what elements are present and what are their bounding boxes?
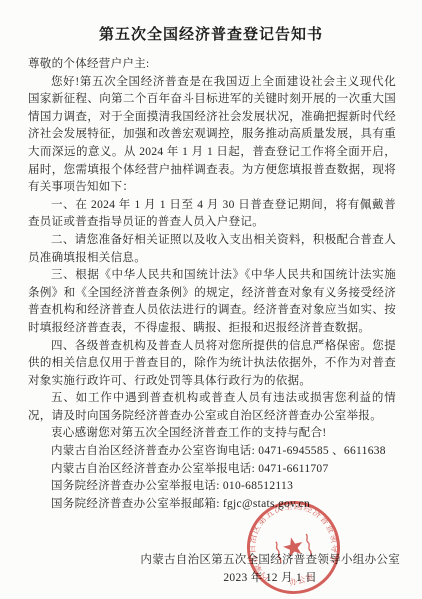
notice-title: 第五次全国经济普查登记告知书 bbox=[0, 0, 422, 44]
notice-body: 尊敬的个体经营户户主: 您好!第五次全国经济普查是在我国迈上全面建设社会主义现代… bbox=[28, 56, 396, 513]
contact-line-report-email: 国务院经济普查办公室举报邮箱: fgjc@stats.gov.cn bbox=[28, 496, 396, 514]
contact-line-report-phone-region: 内蒙古自治区经济普查办公室举报电话: 0471-6611707 bbox=[28, 461, 396, 479]
paragraph-item-3: 三、根据《中华人民共和国统计法》《中华人民共和国统计法实施条例》和《全国经济普查… bbox=[28, 267, 396, 337]
paragraph-item-1: 一、在 2024 年 1 月 1 日至 4 月 30 日普查登记期间，将有佩戴普… bbox=[28, 197, 396, 232]
contact-line-report-phone-state: 国务院经济普查办公室举报电话: 010-68512113 bbox=[28, 478, 396, 496]
paragraph-thanks: 衷心感谢您对第五次全国经济普查工作的支持与配合! bbox=[28, 425, 396, 443]
paragraph-item-4: 四、各级普查机构及普查人员将对您所提供的信息严格保密。您提供的相关信息仅用于普查… bbox=[28, 338, 396, 391]
signature-date: 2023 年 12 月 1 日 bbox=[140, 569, 400, 587]
signature-block: 内蒙古自治区第五次全国经济普查领导小组办公室 2023 年 12 月 1 日 bbox=[140, 551, 400, 587]
signature-office: 内蒙古自治区第五次全国经济普查领导小组办公室 bbox=[140, 551, 400, 569]
salutation: 尊敬的个体经营户户主: bbox=[28, 56, 396, 74]
paragraph-item-5: 五、如工作中遇到普查机构或普查人员有违法或损害您利益的情况，请及时向国务院经济普… bbox=[28, 390, 396, 425]
paragraph-intro: 您好!第五次全国经济普查是在我国迈上全面建设社会主义现代化国家新征程、向第二个百… bbox=[28, 74, 396, 197]
notice-document: 第五次全国经济普查登记告知书 尊敬的个体经营户户主: 您好!第五次全国经济普查是… bbox=[0, 0, 422, 599]
paragraph-item-2: 二、请您准备好相关证照以及收入支出相关资料，积极配合普查人员准确填报相关信息。 bbox=[28, 232, 396, 267]
contact-line-consult-phone: 内蒙古自治区经济普查办公室咨询电话: 0471-6945585 、6611638 bbox=[28, 443, 396, 461]
